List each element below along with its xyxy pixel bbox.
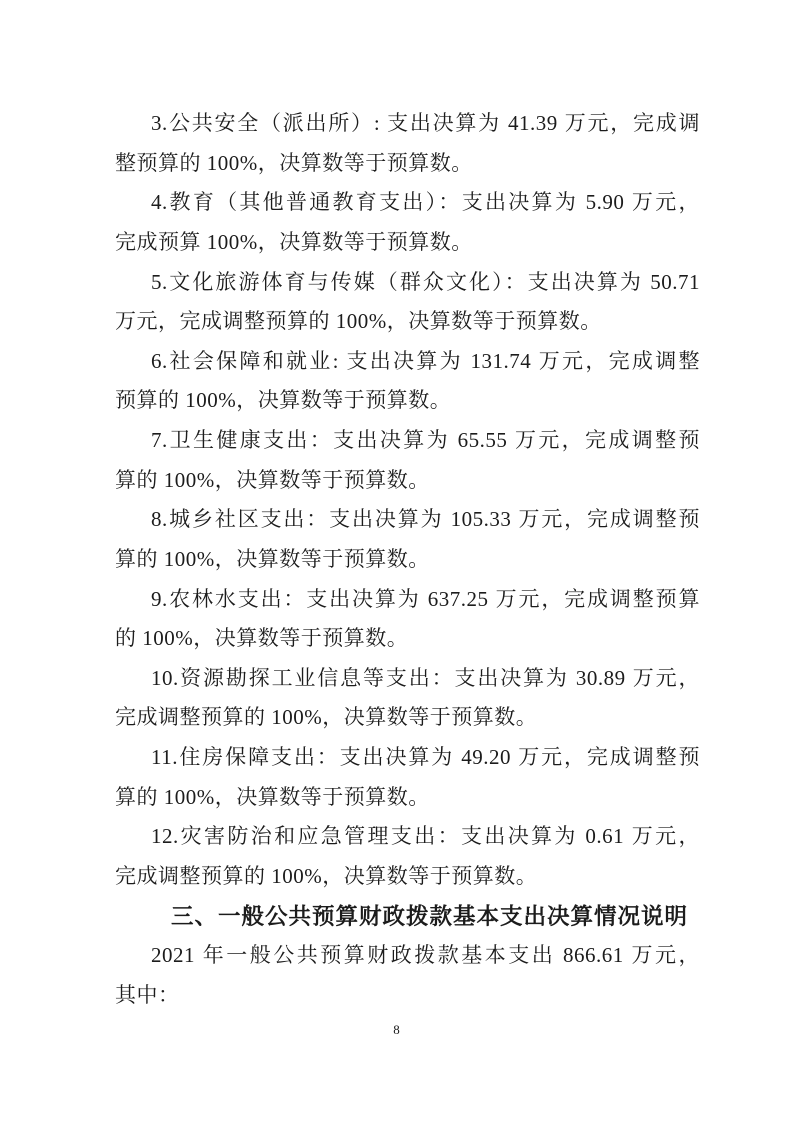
text-line: 算的 100%，决算数等于预算数。 [115, 461, 700, 501]
text-line: 算的 100%，决算数等于预算数。 [115, 540, 700, 580]
text-line: 8.城乡社区支出：支出决算为 105.33 万元，完成调整预 [115, 500, 700, 540]
text-line: 12.灾害防治和应急管理支出：支出决算为 0.61 万元， [115, 817, 700, 857]
text-line: 预算的 100%，决算数等于预算数。 [115, 381, 700, 421]
text-line: 完成调整预算的 100%，决算数等于预算数。 [115, 857, 700, 897]
text-line: 完成预算 100%，决算数等于预算数。 [115, 223, 700, 263]
text-line: 10.资源勘探工业信息等支出：支出决算为 30.89 万元， [115, 659, 700, 699]
text-line: 5.文化旅游体育与传媒（群众文化）：支出决算为 50.71 [115, 263, 700, 303]
section-heading: 三、一般公共预算财政拨款基本支出决算情况说明 [115, 897, 700, 937]
text-line: 4.教育（其他普通教育支出）：支出决算为 5.90 万元， [115, 183, 700, 223]
text-line: 3.公共安全（派出所）: 支出决算为 41.39 万元，完成调 [115, 104, 700, 144]
document-page: 3.公共安全（派出所）: 支出决算为 41.39 万元，完成调整预算的 100%… [0, 0, 793, 1122]
text-line: 整预算的 100%，决算数等于预算数。 [115, 144, 700, 184]
text-line: 算的 100%，决算数等于预算数。 [115, 778, 700, 818]
text-line: 7.卫生健康支出：支出决算为 65.55 万元，完成调整预 [115, 421, 700, 461]
text-line: 2021 年一般公共预算财政拨款基本支出 866.61 万元， [115, 936, 700, 976]
page-number: 8 [0, 1022, 793, 1038]
text-line: 的 100%，决算数等于预算数。 [115, 619, 700, 659]
text-line: 9.农林水支出：支出决算为 637.25 万元，完成调整预算 [115, 580, 700, 620]
text-line: 其中： [115, 976, 700, 1016]
text-line: 11.住房保障支出：支出决算为 49.20 万元，完成调整预 [115, 738, 700, 778]
text-line: 完成调整预算的 100%，决算数等于预算数。 [115, 698, 700, 738]
text-line: 万元，完成调整预算的 100%，决算数等于预算数。 [115, 302, 700, 342]
text-line: 6.社会保障和就业: 支出决算为 131.74 万元，完成调整 [115, 342, 700, 382]
document-body: 3.公共安全（派出所）: 支出决算为 41.39 万元，完成调整预算的 100%… [115, 104, 700, 1015]
